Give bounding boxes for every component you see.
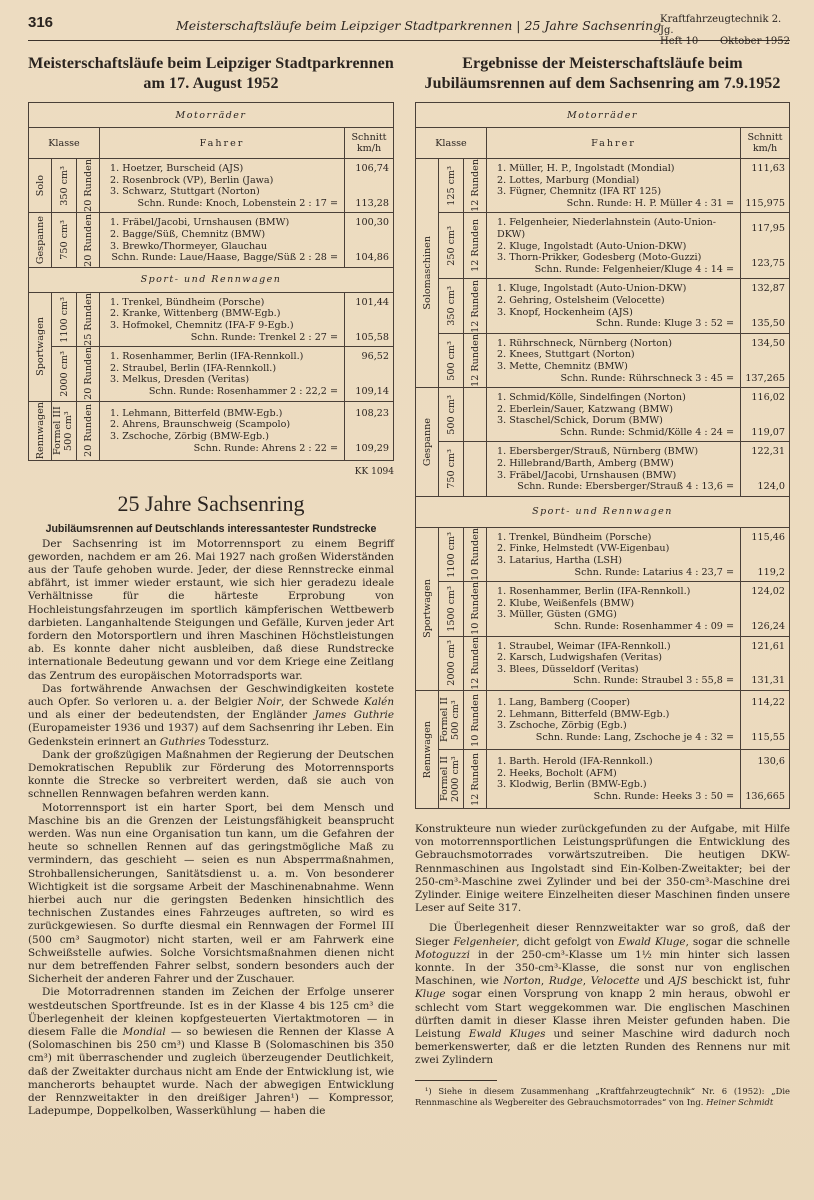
table-row: Formel II 2000 cm³ 12 Runden 1. Barth. H… [416,749,790,808]
driver: 2. Kluge, Ingolstadt (Auto-Union-DKW) [497,241,734,253]
speed-cell: 122,31124,0 [741,442,790,496]
laps-label: 25 Runden [83,293,94,346]
driver: 1. Trenkel, Bündheim (Porsche) [110,297,338,309]
drivers-cell: 1. Fräbel/Jacobi, Urnshausen (BMW) 2. Ba… [100,213,345,267]
speed-cell: 101,44105,58 [345,292,394,346]
fastest-speed: 115,975 [743,198,785,210]
table-row: 2000 cm³ 20 Runden 1. Rosenhammer, Berli… [29,347,394,401]
class-label: 1500 cm³ [446,586,457,632]
driver: 1. Barth. Herold (IFA-Rennkoll.) [497,756,734,768]
fastest-speed: 124,0 [743,481,785,493]
article-subtitle: Jubiläumsrennen auf Deutschlands interes… [28,523,394,535]
driver: 3. Klodwig, Berlin (BMW-Egb.) [497,779,734,791]
speed-cell: 130,6136,665 [741,749,790,808]
table-row: 1500 cm³ 10 Runden 1. Rosenhammer, Berli… [416,582,790,636]
laps-label: 12 Runden [470,159,481,212]
footnote-divider [415,1080,497,1081]
class-label: 1100 cm³ [446,532,457,578]
drivers-cell: 1. Lang, Bamberg (Cooper) 2. Lehmann, Bi… [487,690,741,749]
fastest-speed: 109,29 [347,443,389,455]
speed-cell: 111,63115,975 [741,159,790,213]
fastest-lap: Schn. Runde: Rosenhammer 2 : 22,2 = [110,386,338,398]
driver: 3. Schwarz, Stuttgart (Norton) [110,186,338,198]
fastest-speed: 135,50 [743,318,785,330]
col-header-schnitt: Schnitt km/h [345,128,394,159]
fastest-speed: 105,58 [347,332,389,344]
driver: 3. Thorn-Prikker, Godesberg (Moto-Guzzi) [497,252,734,264]
speed-cell: 96,52109,14 [345,347,394,401]
table-row: 500 cm³ 12 Runden 1. Rührschneck, Nürnbe… [416,333,790,387]
driver: 3. Müller, Güsten (GMG) [497,609,734,621]
avg-speed: 130,6 [743,756,785,768]
driver: 1. Felgenheier, Niederlahnstein (Auto-Un… [497,217,734,240]
fastest-lap: Schn. Runde: Lang, Zschoche je 4 : 32 = [497,732,734,744]
paragraph: Dank der großzügigen Maßnahmen der Regie… [28,749,394,802]
avg-speed: 124,02 [743,586,785,598]
class-label: 750 cm³ [446,449,457,489]
driver: 2. Finke, Helmstedt (VW-Eigenbau) [497,543,734,555]
sachsenring-results-table: Motorräder Klasse Fahrer Schnitt km/h So… [415,102,790,809]
fastest-speed: 109,14 [347,386,389,398]
driver: 1. Schmid/Kölle, Sindelfingen (Norton) [497,392,734,404]
driver: 3. Zschoche, Zörbig (BMW-Egb.) [110,431,338,443]
speed-cell: 117,95123,75 [741,213,790,279]
class-label: 2000 cm³ [446,640,457,686]
laps-label: 12 Runden [470,637,481,690]
fastest-speed: 123,75 [743,258,785,270]
journal-issue: Heft 10 [660,36,698,47]
fastest-lap: Schn. Runde: Ahrens 2 : 22 = [110,443,338,455]
driver: 2. Klube, Weißenfels (BMW) [497,598,734,610]
driver: 2. Lehmann, Bitterfeld (BMW-Egb.) [497,709,734,721]
table-row: Rennwagen Formel III 500 cm³ 20 Runden 1… [29,401,394,460]
driver: 2. Gehring, Ostelsheim (Velocette) [497,295,734,307]
laps-label: 20 Runden [83,214,94,267]
laps-label: 10 Runden [470,528,481,581]
driver: 2. Kranke, Wittenberg (BMW-Egb.) [110,308,338,320]
driver: 2. Eberlein/Sauer, Katzwang (BMW) [497,404,734,416]
laps-label: 12 Runden [470,753,481,806]
fastest-lap: Schn. Runde: H. P. Müller 4 : 31 = [497,198,734,210]
driver: 1. Rührschneck, Nürnberg (Norton) [497,338,734,350]
drivers-cell: 1. Felgenheier, Niederlahnstein (Auto-Un… [487,213,741,279]
group-label: Rennwagen [422,721,433,778]
drivers-cell: 1. Rosenhammer, Berlin (IFA-Rennkoll.) 2… [100,347,345,401]
driver: 1. Fräbel/Jacobi, Urnshausen (BMW) [110,217,338,229]
drivers-cell: 1. Rührschneck, Nürnberg (Norton) 2. Kne… [487,333,741,387]
driver: 2. Karsch, Ludwigshafen (Veritas) [497,652,734,664]
speed-cell: 114,22115,55 [741,690,790,749]
table-row: Gespanne 750 cm³ 20 Runden 1. Fräbel/Jac… [29,213,394,267]
fastest-lap: Schn. Runde: Straubel 3 : 55,8 = [497,675,734,687]
group-label: Solo [35,175,46,196]
laps-label: 10 Runden [470,582,481,635]
driver: 3. Brewko/Thormeyer, Glauchau [110,241,338,253]
fastest-speed: 113,28 [347,198,389,210]
speed-cell: 124,02126,24 [741,582,790,636]
fastest-speed: 119,2 [743,567,785,579]
paragraph: Die Motorradrennen standen im Zeichen de… [28,986,394,1118]
avg-speed: 132,87 [743,283,785,295]
driver: 1. Hoetzer, Burscheid (AJS) [110,163,338,175]
avg-speed: 111,63 [743,163,785,175]
driver: 1. Rosenhammer, Berlin (IFA-Rennkoll.) [497,586,734,598]
avg-speed: 116,02 [743,392,785,404]
laps-label: 20 Runden [83,404,94,457]
group-label: Sportwagen [35,317,46,376]
drivers-cell: 1. Ebersberger/Strauß, Nürnberg (BMW) 2.… [487,442,741,496]
journal-name: Kraftfahrzeugtechnik 2. Jg. [660,14,790,36]
driver: 1. Straubel, Weimar (IFA-Rennkoll.) [497,641,734,653]
driver: 1. Müller, H. P., Ingolstadt (Mondial) [497,163,734,175]
laps-label: 10 Runden [470,694,481,747]
class-label: Formel III 500 cm³ [52,402,76,460]
group-label: Gespanne [422,418,433,466]
driver: 3. Melkus, Dresden (Veritas) [110,374,338,386]
article-title: 25 Jahre Sachsenring [28,491,394,517]
col-header-schnitt: Schnitt km/h [741,128,790,159]
class-label: 250 cm³ [446,226,457,266]
class-label: 2000 cm³ [59,351,70,397]
col-header-fahrer: Fahrer [100,128,345,159]
speed-cell: 121,61131,31 [741,636,790,690]
speed-cell: 134,50137,265 [741,333,790,387]
fastest-speed: 115,55 [743,732,785,744]
journal-date: Oktober 1952 [720,36,790,47]
image-credit: KK 1094 [28,467,394,477]
driver: 2. Ahrens, Braunschweig (Scampolo) [110,419,338,431]
driver: 3. Knopf, Hockenheim (AJS) [497,307,734,319]
fastest-speed: 119,07 [743,427,785,439]
table-row: 2000 cm³ 12 Runden 1. Straubel, Weimar (… [416,636,790,690]
driver: 1. Trenkel, Bündheim (Porsche) [497,532,734,544]
driver: 1. Lang, Bamberg (Cooper) [497,697,734,709]
section-motorraeder: Motorräder [416,103,790,128]
driver: 3. Hofmokel, Chemnitz (IFA-F 9-Egb.) [110,320,338,332]
col-header-klasse: Klasse [416,128,487,159]
class-label: 500 cm³ [446,395,457,435]
driver: 1. Kluge, Ingolstadt (Auto-Union-DKW) [497,283,734,295]
avg-speed: 101,44 [347,297,389,309]
paragraph: Konstrukteure nun wieder zurückgefunden … [415,823,790,915]
fastest-speed: 104,86 [347,252,389,264]
article-body-left: Der Sachsenring ist im Motorrennsport zu… [28,538,394,1119]
paragraph: Motorrennsport ist ein harter Sport, bei… [28,802,394,987]
magazine-page: 316 Meisterschaftsläufe beim Leipziger S… [0,0,814,1200]
avg-speed: 121,61 [743,641,785,653]
fastest-lap: Schn. Runde: Trenkel 2 : 27 = [110,332,338,344]
driver: 1. Rosenhammer, Berlin (IFA-Rennkoll.) [110,351,338,363]
fastest-speed: 131,31 [743,675,785,687]
section-sport-rennwagen: Sport- und Rennwagen [416,496,790,527]
fastest-lap: Schn. Runde: Heeks 3 : 50 = [497,791,734,803]
speed-cell: 115,46119,2 [741,527,790,581]
group-label: Gespanne [35,216,46,264]
fastest-speed: 137,265 [743,373,785,385]
class-label: 125 cm³ [446,166,457,206]
fastest-lap: Schn. Runde: Latarius 4 : 23,7 = [497,567,734,579]
driver: 2. Bagge/Süß, Chemnitz (BMW) [110,229,338,241]
right-column: Ergebnisse der Meisterschaftsläufe beim … [415,54,790,1108]
page-number: 316 [28,14,53,31]
avg-speed: 100,30 [347,217,389,229]
drivers-cell: 1. Rosenhammer, Berlin (IFA-Rennkoll.) 2… [487,582,741,636]
paragraph: Der Sachsenring ist im Motorrennsport zu… [28,538,394,683]
left-table-title: Meisterschaftsläufe beim Leipziger Stadt… [28,54,394,94]
group-label: Sportwagen [422,579,433,638]
drivers-cell: 1. Barth. Herold (IFA-Rennkoll.) 2. Heek… [487,749,741,808]
table-row: Solomaschinen 125 cm³ 12 Runden 1. Mülle… [416,159,790,213]
section-motorraeder: Motorräder [29,103,394,128]
table-row: Sportwagen 1100 cm³ 25 Runden 1. Trenkel… [29,292,394,346]
drivers-cell: 1. Schmid/Kölle, Sindelfingen (Norton) 2… [487,388,741,442]
paragraph: Das fortwährende Anwachsen der Geschwind… [28,683,394,749]
table-row: Gespanne 500 cm³ 1. Schmid/Kölle, Sindel… [416,388,790,442]
drivers-cell: 1. Hoetzer, Burscheid (AJS) 2. Rosenbroc… [100,159,345,213]
avg-speed: 96,52 [347,351,389,363]
driver: 2. Lottes, Marburg (Mondial) [497,175,734,187]
group-label: Solomaschinen [422,236,433,310]
driver: 3. Blees, Düsseldorf (Veritas) [497,664,734,676]
avg-speed: 106,74 [347,163,389,175]
driver: 2. Hillebrand/Barth, Amberg (BMW) [497,458,734,470]
avg-speed: 108,23 [347,408,389,420]
avg-speed: 134,50 [743,338,785,350]
leipzig-results-table: Motorräder Klasse Fahrer Schnitt km/h So… [28,102,394,461]
drivers-cell: 1. Trenkel, Bündheim (Porsche) 2. Finke,… [487,527,741,581]
driver: 1. Ebersberger/Strauß, Nürnberg (BMW) [497,446,734,458]
fastest-lap: Schn. Runde: Laue/Haase, Bagge/Süß 2 : 2… [110,252,338,264]
speed-cell: 116,02119,07 [741,388,790,442]
table-row: Sportwagen 1100 cm³ 10 Runden 1. Trenkel… [416,527,790,581]
fastest-lap: Schn. Runde: Schmid/Kölle 4 : 24 = [497,427,734,439]
driver: 2. Straubel, Berlin (IFA-Rennkoll.) [110,363,338,375]
laps-label: 12 Runden [470,219,481,272]
right-table-title: Ergebnisse der Meisterschaftsläufe beim … [415,54,790,94]
driver: 3. Mette, Chemnitz (BMW) [497,361,734,373]
avg-speed: 115,46 [743,532,785,544]
driver: 2. Heeks, Bocholt (AFM) [497,768,734,780]
avg-speed: 122,31 [743,446,785,458]
drivers-cell: 1. Trenkel, Bündheim (Porsche) 2. Kranke… [100,292,345,346]
driver: 1. Lehmann, Bitterfeld (BMW-Egb.) [110,408,338,420]
class-label: 350 cm³ [59,166,70,206]
fastest-speed: 126,24 [743,621,785,633]
drivers-cell: 1. Kluge, Ingolstadt (Auto-Union-DKW) 2.… [487,279,741,333]
journal-info: Kraftfahrzeugtechnik 2. Jg. Heft 10Oktob… [660,14,790,47]
class-label: Formel II 2000 cm³ [439,750,463,808]
article-body-right: Konstrukteure nun wieder zurückgefunden … [415,823,790,1068]
speed-cell: 106,74113,28 [345,159,394,213]
fastest-speed: 136,665 [743,791,785,803]
drivers-cell: 1. Müller, H. P., Ingolstadt (Mondial) 2… [487,159,741,213]
driver: 2. Rosenbrock (VP), Berlin (Jawa) [110,175,338,187]
driver: 3. Fügner, Chemnitz (IFA RT 125) [497,186,734,198]
table-row: 250 cm³ 12 Runden 1. Felgenheier, Nieder… [416,213,790,279]
drivers-cell: 1. Lehmann, Bitterfeld (BMW-Egb.) 2. Ahr… [100,401,345,460]
col-header-klasse: Klasse [29,128,100,159]
avg-speed: 117,95 [743,223,785,235]
left-column: Meisterschaftsläufe beim Leipziger Stadt… [28,54,394,1118]
driver: 3. Fräbel/Jacobi, Urnshausen (BMW) [497,470,734,482]
group-label: Rennwagen [35,402,46,459]
speed-cell: 100,30104,86 [345,213,394,267]
class-label: 500 cm³ [446,341,457,381]
fastest-lap: Schn. Runde: Rosenhammer 4 : 09 = [497,621,734,633]
laps-label: 20 Runden [83,347,94,400]
laps-label: 20 Runden [83,159,94,212]
table-row: 350 cm³ 12 Runden 1. Kluge, Ingolstadt (… [416,279,790,333]
speed-cell: 108,23109,29 [345,401,394,460]
paragraph: Die Überlegenheit dieser Rennzweitakter … [415,922,790,1067]
laps-label: 12 Runden [470,280,481,333]
drivers-cell: 1. Straubel, Weimar (IFA-Rennkoll.) 2. K… [487,636,741,690]
class-label: 350 cm³ [446,286,457,326]
fastest-lap: Schn. Runde: Rührschneck 3 : 45 = [497,373,734,385]
class-label: 1100 cm³ [59,297,70,343]
footnote: ¹) Siehe in diesem Zusammenhang „Kraftfa… [415,1086,790,1108]
driver: 3. Staschel/Schick, Dorum (BMW) [497,415,734,427]
driver: 3. Latarius, Hartha (LSH) [497,555,734,567]
laps-label: 12 Runden [470,334,481,387]
table-row: Solo 350 cm³ 20 Runden 1. Hoetzer, Bursc… [29,159,394,213]
running-title: Meisterschaftsläufe beim Leipziger Stadt… [176,18,661,33]
fastest-lap: Schn. Runde: Ebersberger/Strauß 4 : 13,6… [497,481,734,493]
class-label: 750 cm³ [59,220,70,260]
fastest-lap: Schn. Runde: Felgenheier/Kluge 4 : 14 = [497,264,734,276]
table-row: 750 cm³ 1. Ebersberger/Strauß, Nürnberg … [416,442,790,496]
table-row: Rennwagen Formel II 500 cm³ 10 Runden 1.… [416,690,790,749]
page-header: 316 Meisterschaftsläufe beim Leipziger S… [28,12,790,41]
speed-cell: 132,87135,50 [741,279,790,333]
class-label: Formel II 500 cm³ [439,691,463,749]
avg-speed: 114,22 [743,697,785,709]
section-sport-rennwagen: Sport- und Rennwagen [29,267,394,292]
driver: 3. Zschoche, Zörbig (Egb.) [497,720,734,732]
fastest-lap: Schn. Runde: Knoch, Lobenstein 2 : 17 = [110,198,338,210]
col-header-fahrer: Fahrer [487,128,741,159]
driver: 2. Knees, Stuttgart (Norton) [497,349,734,361]
fastest-lap: Schn. Runde: Kluge 3 : 52 = [497,318,734,330]
